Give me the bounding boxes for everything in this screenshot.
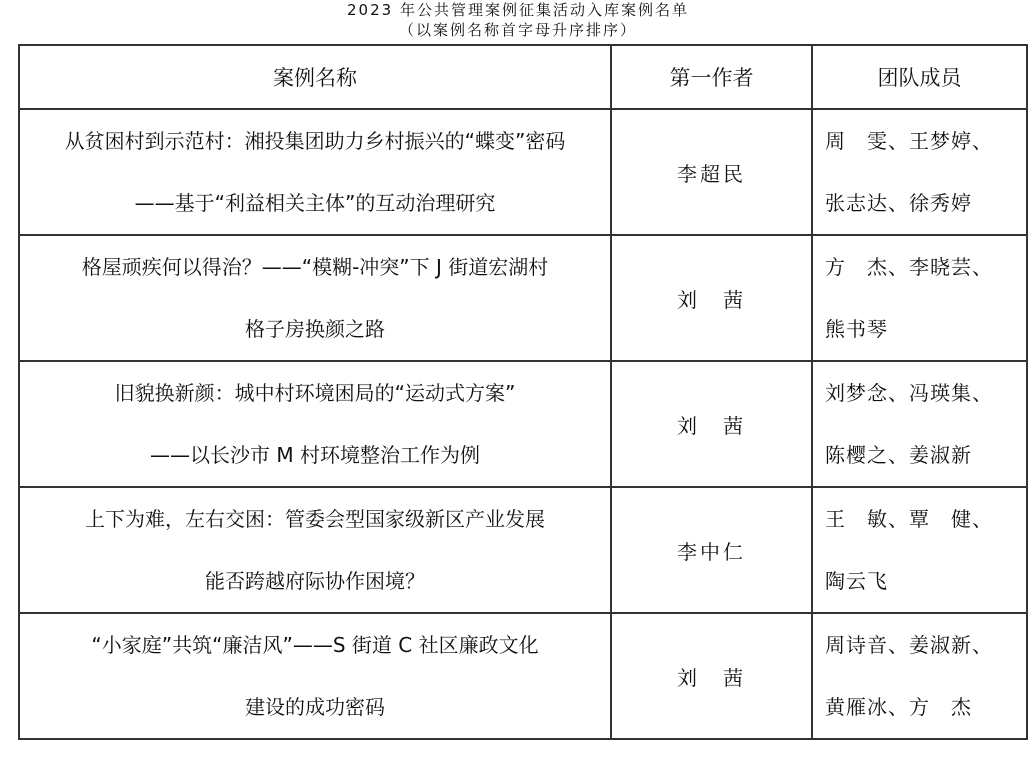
case-name-line: ——基于“利益相关主体”的互动治理研究 <box>20 172 610 234</box>
team-members-cell: 方 杰、李晓芸、 熊书琴 <box>812 235 1027 361</box>
case-name-cell: “小家庭”共筑“廉洁风”——S 街道 C 社区廉政文化 建设的成功密码 <box>19 613 611 739</box>
team-members-line: 周 雯、王梦婷、 <box>825 110 1026 172</box>
team-members-line: 黄雁冰、方 杰 <box>825 676 1026 738</box>
table-row: 上下为难，左右交困：管委会型国家级新区产业发展 能否跨越府际协作困境？ 李中仁 … <box>19 487 1027 613</box>
team-members-line: 熊书琴 <box>825 298 1026 360</box>
case-name-line: 上下为难，左右交困：管委会型国家级新区产业发展 <box>20 488 610 550</box>
team-members-line: 方 杰、李晓芸、 <box>825 236 1026 298</box>
team-members-cell: 王 敏、覃 健、 陶云飞 <box>812 487 1027 613</box>
case-name-line: 格子房换颜之路 <box>20 298 610 360</box>
first-author-cell: 李超民 <box>611 109 812 235</box>
document-title: 2023 年公共管理案例征集活动入库案例名单 <box>0 0 1036 20</box>
case-name-line: 旧貌换新颜：城中村环境困局的“运动式方案” <box>20 362 610 424</box>
case-name-line: “小家庭”共筑“廉洁风”——S 街道 C 社区廉政文化 <box>20 614 610 676</box>
document-subtitle: （以案例名称首字母升序排序） <box>0 20 1036 40</box>
header-first-author: 第一作者 <box>611 45 812 109</box>
first-author-cell: 刘 茜 <box>611 361 812 487</box>
team-members-cell: 周 雯、王梦婷、 张志达、徐秀婷 <box>812 109 1027 235</box>
team-members-line: 陶云飞 <box>825 550 1026 612</box>
team-members-cell: 周诗音、姜淑新、 黄雁冰、方 杰 <box>812 613 1027 739</box>
team-members-line: 陈樱之、姜淑新 <box>825 424 1026 486</box>
header-team-members: 团队成员 <box>812 45 1027 109</box>
case-name-line: ——以长沙市 M 村环境整治工作为例 <box>20 424 610 486</box>
header-case-name: 案例名称 <box>19 45 611 109</box>
case-list-table: 案例名称 第一作者 团队成员 从贫困村到示范村：湘投集团助力乡村振兴的“蝶变”密… <box>18 44 1028 740</box>
team-members-line: 刘梦念、冯瑛集、 <box>825 362 1026 424</box>
table-row: 旧貌换新颜：城中村环境困局的“运动式方案” ——以长沙市 M 村环境整治工作为例… <box>19 361 1027 487</box>
first-author-cell: 李中仁 <box>611 487 812 613</box>
table-row: 格屋顽疾何以得治？——“模糊-冲突”下 J 街道宏湖村 格子房换颜之路 刘 茜 … <box>19 235 1027 361</box>
first-author-cell: 刘 茜 <box>611 235 812 361</box>
team-members-line: 周诗音、姜淑新、 <box>825 614 1026 676</box>
case-name-line: 建设的成功密码 <box>20 676 610 738</box>
team-members-line: 王 敏、覃 健、 <box>825 488 1026 550</box>
case-name-line: 能否跨越府际协作困境？ <box>20 550 610 612</box>
team-members-line: 张志达、徐秀婷 <box>825 172 1026 234</box>
table-row: “小家庭”共筑“廉洁风”——S 街道 C 社区廉政文化 建设的成功密码 刘 茜 … <box>19 613 1027 739</box>
case-name-cell: 旧貌换新颜：城中村环境困局的“运动式方案” ——以长沙市 M 村环境整治工作为例 <box>19 361 611 487</box>
first-author-cell: 刘 茜 <box>611 613 812 739</box>
team-members-cell: 刘梦念、冯瑛集、 陈樱之、姜淑新 <box>812 361 1027 487</box>
document-title-block: 2023 年公共管理案例征集活动入库案例名单 （以案例名称首字母升序排序） <box>0 0 1036 40</box>
case-name-cell: 格屋顽疾何以得治？——“模糊-冲突”下 J 街道宏湖村 格子房换颜之路 <box>19 235 611 361</box>
case-name-line: 从贫困村到示范村：湘投集团助力乡村振兴的“蝶变”密码 <box>20 110 610 172</box>
case-name-cell: 从贫困村到示范村：湘投集团助力乡村振兴的“蝶变”密码 ——基于“利益相关主体”的… <box>19 109 611 235</box>
table-row: 从贫困村到示范村：湘投集团助力乡村振兴的“蝶变”密码 ——基于“利益相关主体”的… <box>19 109 1027 235</box>
case-name-cell: 上下为难，左右交困：管委会型国家级新区产业发展 能否跨越府际协作困境？ <box>19 487 611 613</box>
case-name-line: 格屋顽疾何以得治？——“模糊-冲突”下 J 街道宏湖村 <box>20 236 610 298</box>
table-header-row: 案例名称 第一作者 团队成员 <box>19 45 1027 109</box>
